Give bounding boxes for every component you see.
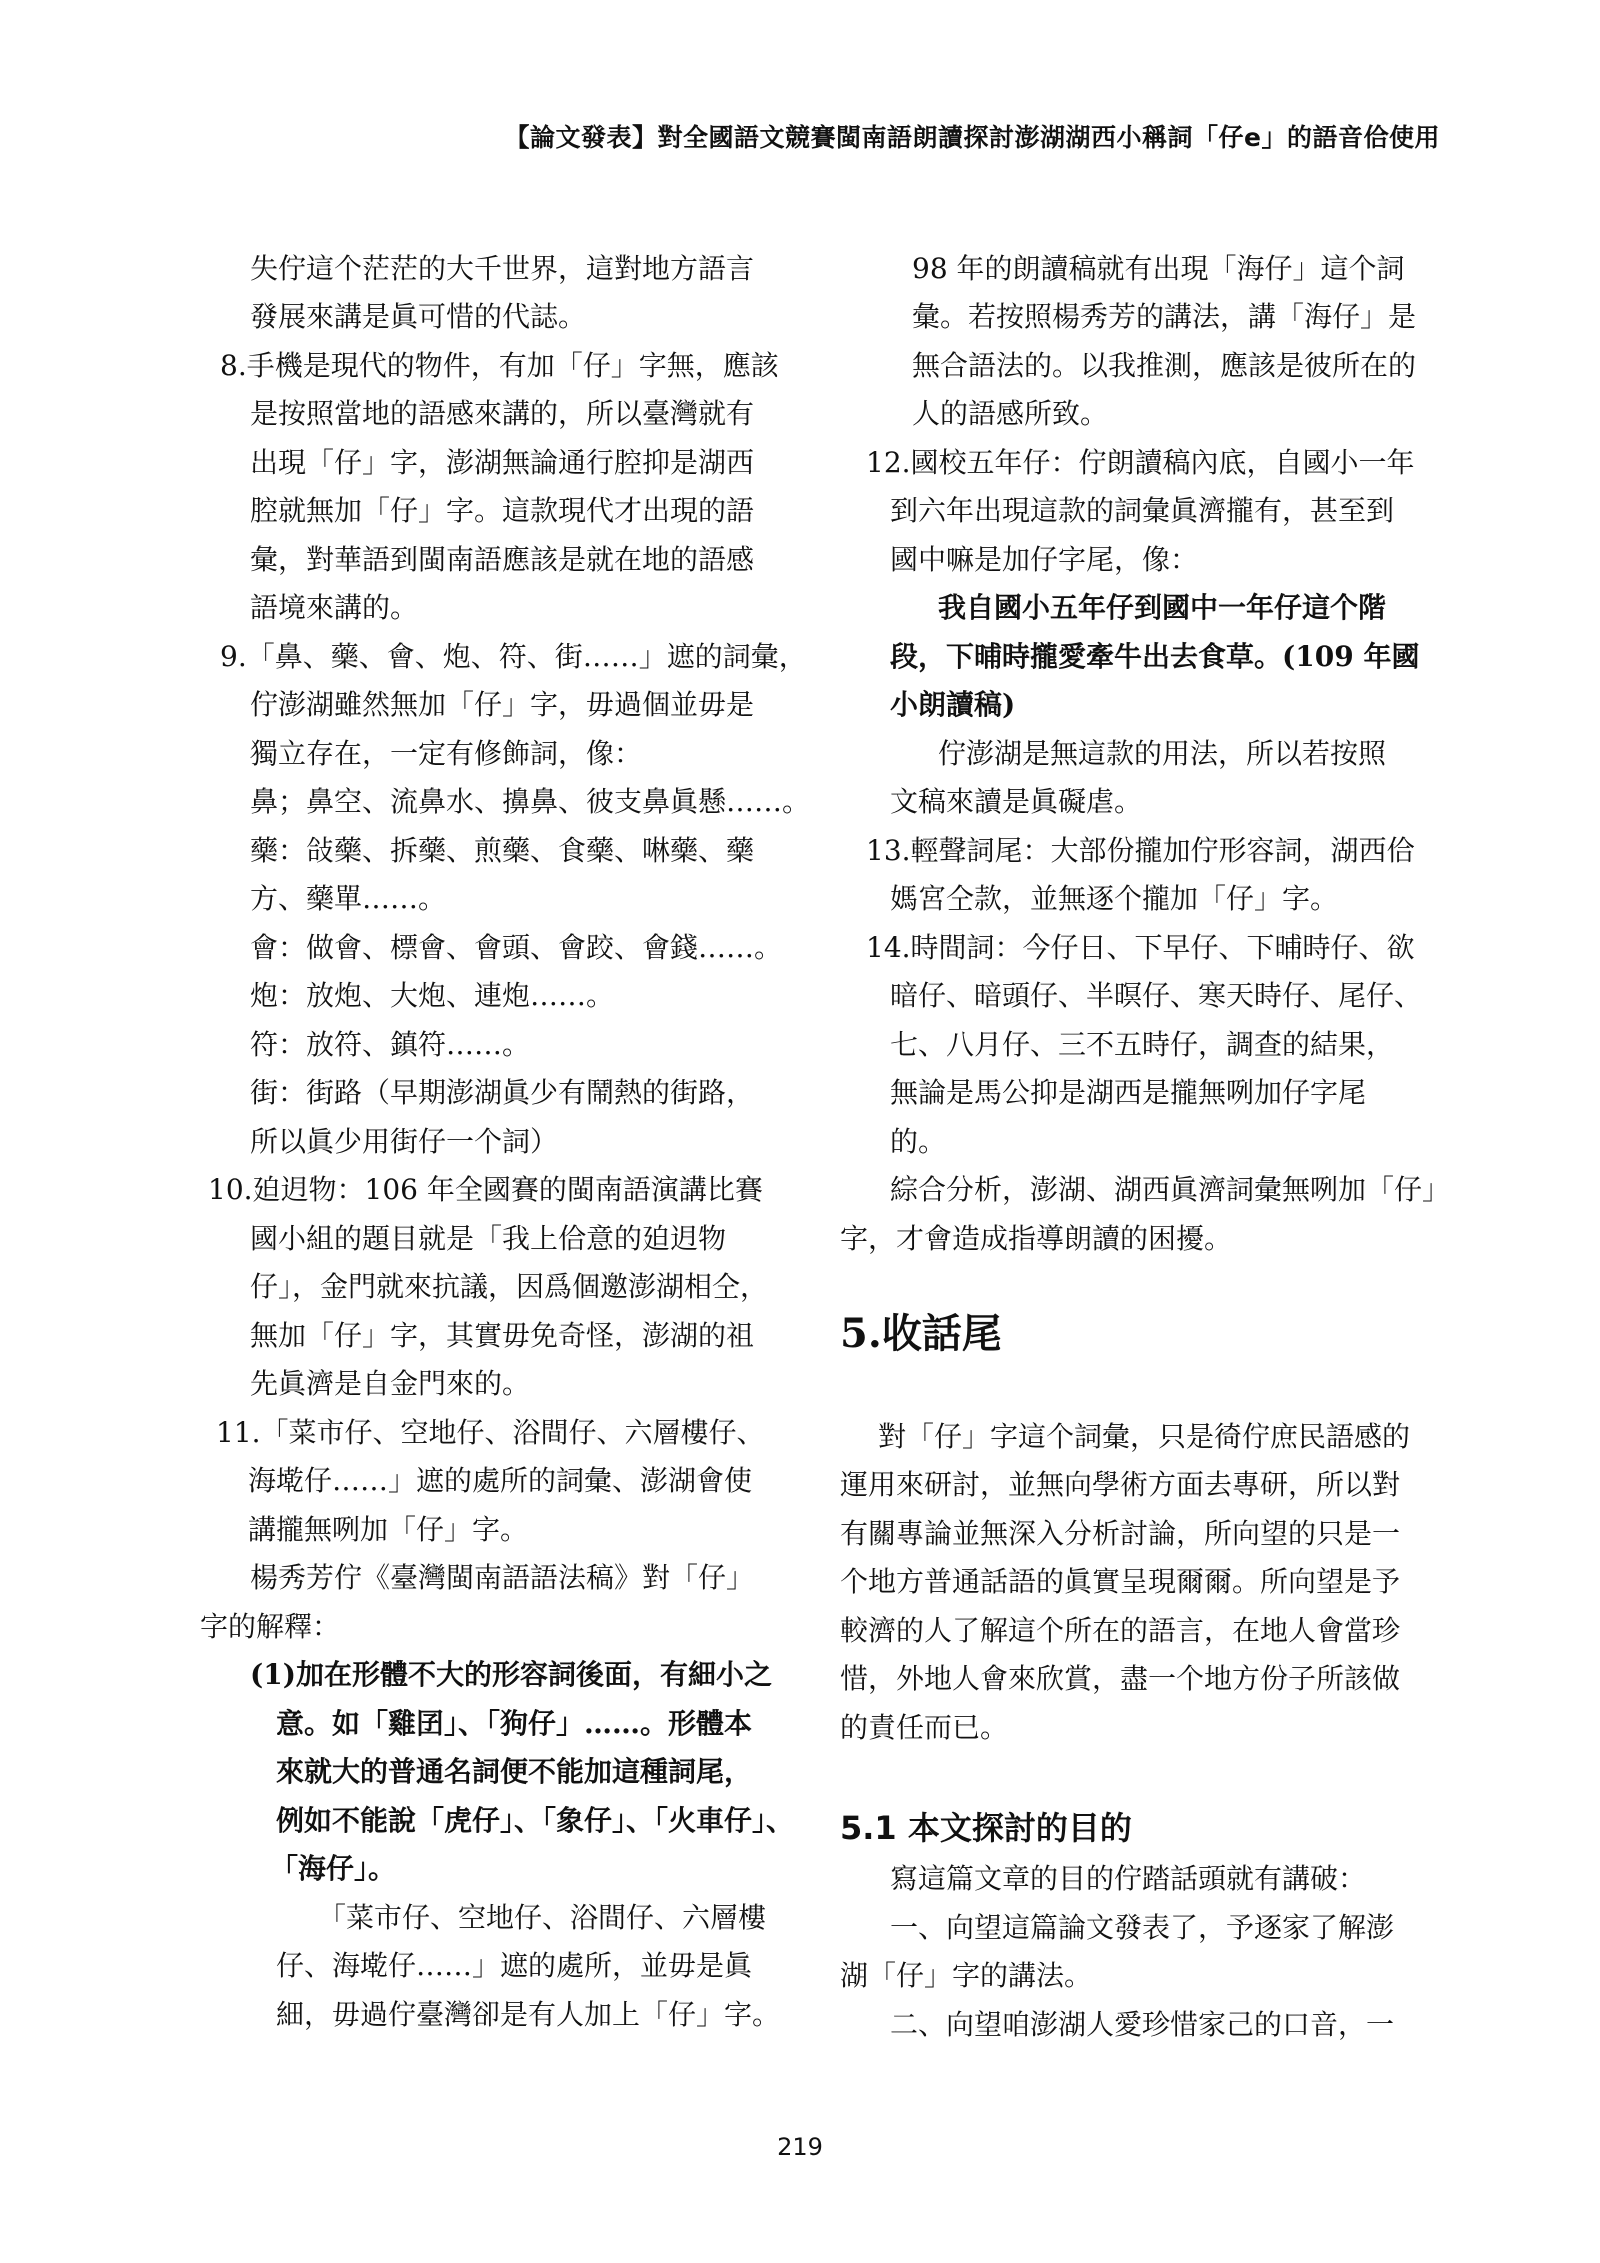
text-line: 仔、海墘仔……」遮的處所，並毋是眞	[276, 1949, 752, 1983]
text-line: 个地方普通話語的眞實呈現爾爾。所向望是予	[840, 1565, 1400, 1599]
text-line: 炮：放炮、大炮、連炮……。	[250, 979, 614, 1013]
text-line: 綜合分析，澎湖、湖西眞濟詞彙無咧加「仔」	[890, 1173, 1450, 1207]
text-line: 七、八月仔、三不五時仔，調查的結果，	[890, 1028, 1394, 1062]
text-line: 彙。若按照楊秀芳的講法，講「海仔」是	[912, 300, 1416, 334]
text-line: 國小組的題目就是「我上佮意的廹迌物	[250, 1222, 726, 1256]
text-line: 失佇這个茫茫的大千世界，這對地方語言	[250, 252, 754, 286]
section-heading-5-1: 5.1 本文探討的目的	[840, 1808, 1132, 1848]
text-line: 湖「仔」字的講法。	[840, 1959, 1092, 1993]
text-line: 海墘仔……」遮的處所的詞彙、澎湖會使	[248, 1464, 752, 1498]
text-line: 9.「鼻、藥、會、炮、符、街……」遮的詞彙，	[220, 640, 807, 674]
text-line: 佇澎湖是無這款的用法，所以若按照	[938, 737, 1386, 771]
text-line: 13.輕聲詞尾：大部份攏加佇形容詞，湖西佮	[866, 834, 1415, 868]
text-line: 媽宮仝款，並無逐个攏加「仔」字。	[890, 882, 1338, 916]
text-line: 鼻；鼻空、流鼻水、擤鼻、彼支鼻眞懸……。	[250, 785, 810, 819]
text-line: 較濟的人了解這个所在的語言，在地人會當珍	[840, 1614, 1400, 1648]
text-line: 獨立存在，一定有修飾詞，像：	[250, 737, 642, 771]
text-line: 來就大的普通名詞便不能加這種詞尾，	[276, 1755, 752, 1789]
text-line: 有關專論並無深入分析討論，所向望的只是一	[840, 1517, 1400, 1551]
text-line: 腔就無加「仔」字。這款現代才出現的語	[250, 494, 754, 528]
text-line: 的責任而已。	[840, 1711, 1008, 1745]
text-line: 所以眞少用街仔一个詞）	[250, 1125, 558, 1159]
text-line: 彙，對華語到閩南語應該是就在地的語感	[250, 543, 754, 577]
text-line: 8.手機是現代的物件，有加「仔」字無，應該	[220, 349, 779, 383]
text-line: 「海仔」。	[270, 1852, 396, 1886]
page-number: 219	[0, 2133, 1600, 2161]
text-line: 藥：敆藥、拆藥、煎藥、食藥、啉藥、藥	[250, 834, 754, 868]
text-line: 發展來講是眞可惜的代誌。	[250, 300, 586, 334]
text-line: 我自國小五年仔到國中一年仔這个階	[938, 591, 1386, 625]
text-line: 符：放符、鎮符……。	[250, 1028, 530, 1062]
text-line: 惜，外地人會來欣賞，盡一个地方份子所該做	[840, 1662, 1400, 1696]
text-line: 運用來研討，並無向學術方面去專研，所以對	[840, 1468, 1400, 1502]
text-line: 「菜市仔、空地仔、浴間仔、六層樓	[318, 1901, 766, 1935]
text-line: 字的解釋：	[200, 1610, 340, 1644]
text-line: 10.廹迌物：106 年全國賽的閩南語演講比賽	[208, 1173, 763, 1207]
text-line: 98 年的朗讀稿就有出現「海仔」這个詞	[912, 252, 1405, 286]
text-line: 出現「仔」字，澎湖無論通行腔抑是湖西	[250, 446, 754, 480]
text-line: 會：做會、標會、會頭、會跤、會錢……。	[250, 931, 782, 965]
text-line: 國中嘛是加仔字尾，像：	[890, 543, 1198, 577]
text-line: 例如不能說「虎仔」、「象仔」、「火車仔」、	[276, 1804, 794, 1838]
text-line: 無加「仔」字，其實毋免奇怪，澎湖的祖	[250, 1319, 754, 1353]
text-line: 細，毋過佇臺灣卻是有人加上「仔」字。	[276, 1998, 780, 2032]
text-line: 12.國校五年仔：佇朗讀稿內底，自國小一年	[866, 446, 1415, 480]
text-line: 14.時間詞：今仔日、下早仔、下晡時仔、欲	[866, 931, 1415, 965]
text-line: 一、向望這篇論文發表了，予逐家了解澎	[890, 1911, 1394, 1945]
text-line: 無合語法的。以我推測，應該是彼所在的	[912, 349, 1416, 383]
text-line: 無論是馬公抑是湖西是攏無咧加仔字尾	[890, 1076, 1366, 1110]
text-line: 街：街路（早期澎湖眞少有鬧熱的街路，	[250, 1076, 754, 1110]
text-line: 到六年出現這款的詞彙眞濟攏有，甚至到	[890, 494, 1394, 528]
text-line: 對「仔」字這个詞彙，只是徛佇庶民語感的	[878, 1420, 1410, 1454]
text-line: 方、藥單……。	[250, 882, 446, 916]
text-line: 先眞濟是自金門來的。	[250, 1367, 530, 1401]
text-line: 字，才會造成指導朗讀的困擾。	[840, 1222, 1232, 1256]
text-line: 意。如「雞囝」、「狗仔」……。形體本	[276, 1707, 752, 1741]
text-line: 二、向望咱澎湖人愛珍惜家己的口音，一	[890, 2008, 1394, 2042]
running-header: 【論文發表】對全國語文競賽閩南語朗讀探討澎湖湖西小稱詞「仔e」的語音佮使用	[505, 118, 1440, 154]
section-heading-5: 5.收話尾	[840, 1310, 1002, 1358]
text-line: 寫這篇文章的目的佇踏話頭就有講破：	[890, 1862, 1366, 1896]
text-line: 小朗讀稿)	[890, 688, 1015, 722]
text-line: 11.「菜市仔、空地仔、浴間仔、六層樓仔、	[216, 1416, 765, 1450]
text-line: 的。	[890, 1125, 946, 1159]
text-line: 人的語感所致。	[912, 397, 1108, 431]
text-line: 語境來講的。	[250, 591, 418, 625]
text-line: 段，下晡時攏愛牽牛出去食草。(109 年國	[890, 640, 1419, 674]
text-line: (1)加在形體不大的形容詞後面，有細小之	[250, 1658, 772, 1692]
text-line: 楊秀芳佇《臺灣閩南語語法稿》對「仔」	[250, 1561, 754, 1595]
text-line: 暗仔、暗頭仔、半暝仔、寒天時仔、尾仔、	[890, 979, 1422, 1013]
text-line: 文稿來讀是眞礙虐。	[890, 785, 1142, 819]
text-line: 仔」，金門就來抗議，因爲個邀澎湖相仝，	[250, 1270, 768, 1304]
text-line: 是按照當地的語感來講的，所以臺灣就有	[250, 397, 754, 431]
text-line: 佇澎湖雖然無加「仔」字，毋過個並毋是	[250, 688, 754, 722]
text-line: 講攏無咧加「仔」字。	[248, 1513, 528, 1547]
